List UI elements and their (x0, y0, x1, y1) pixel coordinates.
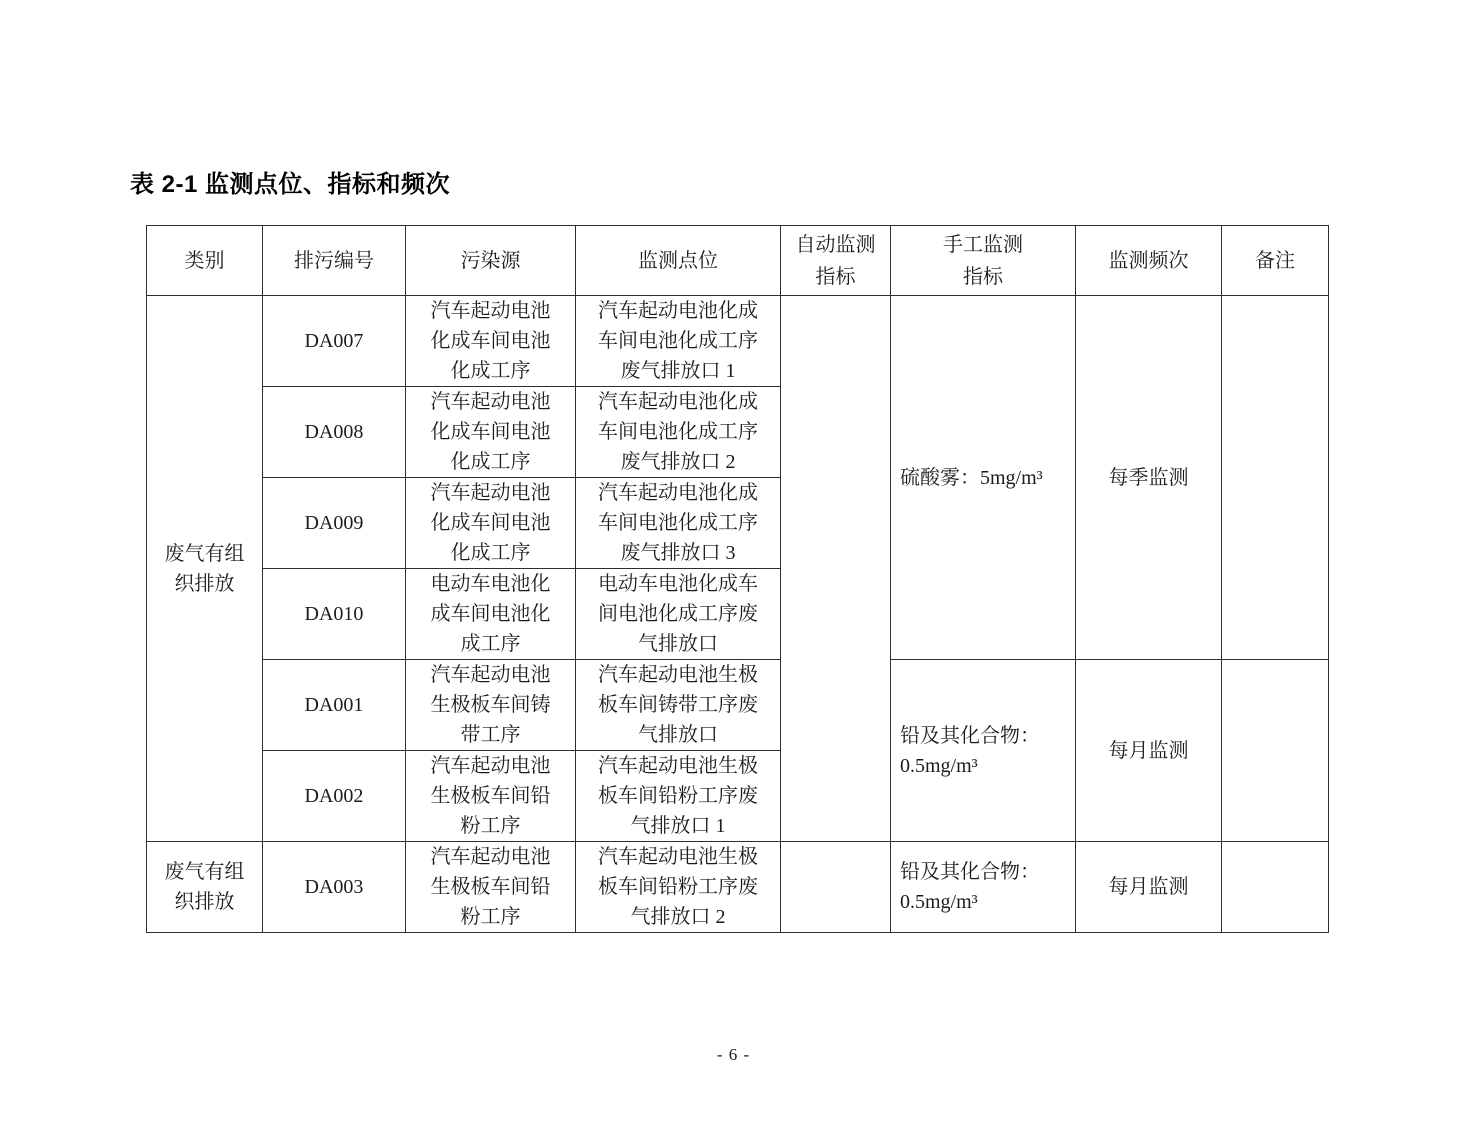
page-number: - 6 - (0, 1045, 1467, 1065)
monitoring-point-cell: 汽车起动电池生极板车间铅粉工序废气排放口 1 (576, 751, 781, 842)
pollution-source-cell: 汽车起动电池化成车间电池化成工序 (406, 296, 576, 387)
manual-indicator-cell: 硫酸雾：5mg/m³ (891, 296, 1076, 660)
frequency-cell: 每月监测 (1076, 660, 1222, 842)
outlet-id-cell: DA007 (263, 296, 406, 387)
table-header-row: 类别 排污编号 污染源 监测点位 自动监测 指标 手工监测 指标 监测频次 备注 (147, 226, 1329, 296)
outlet-id-cell: DA010 (263, 569, 406, 660)
monitoring-point-cell: 汽车起动电池化成车间电池化成工序废气排放口 1 (576, 296, 781, 387)
col-header-outlet-id: 排污编号 (263, 226, 406, 296)
manual-indicator-cell: 铅及其化合物： 0.5mg/m³ (891, 842, 1076, 933)
frequency-cell: 每季监测 (1076, 296, 1222, 660)
outlet-id-cell: DA003 (263, 842, 406, 933)
page-title: 表 2-1 监测点位、指标和频次 (130, 164, 450, 199)
outlet-id-cell: DA001 (263, 660, 406, 751)
auto-indicator-empty-cell (781, 842, 891, 933)
outlet-id-cell: DA008 (263, 387, 406, 478)
monitoring-point-cell: 汽车起动电池生极板车间铸带工序废气排放口 (576, 660, 781, 751)
monitoring-point-cell: 汽车起动电池化成车间电池化成工序废气排放口 3 (576, 478, 781, 569)
manual-indicator-cell: 铅及其化合物： 0.5mg/m³ (891, 660, 1076, 842)
monitoring-table: 类别 排污编号 污染源 监测点位 自动监测 指标 手工监测 指标 监测频次 备注… (146, 225, 1329, 933)
pollution-source-cell: 汽车起动电池生极板车间铅粉工序 (406, 842, 576, 933)
pollution-source-cell: 汽车起动电池化成车间电池化成工序 (406, 478, 576, 569)
col-header-manual-indicator: 手工监测 指标 (891, 226, 1076, 296)
monitoring-point-cell: 汽车起动电池生极板车间铅粉工序废气排放口 2 (576, 842, 781, 933)
table-row: 废气有组织排放 DA003 汽车起动电池生极板车间铅粉工序 汽车起动电池生极板车… (147, 842, 1329, 933)
outlet-id-cell: DA002 (263, 751, 406, 842)
pollution-source-cell: 汽车起动电池生极板车间铅粉工序 (406, 751, 576, 842)
pollution-source-cell: 汽车起动电池化成车间电池化成工序 (406, 387, 576, 478)
table-row: 废气有组织排放 DA007 汽车起动电池化成车间电池化成工序 汽车起动电池化成车… (147, 296, 1329, 387)
table-row: DA001 汽车起动电池生极板车间铸带工序 汽车起动电池生极板车间铸带工序废气排… (147, 660, 1329, 751)
remark-empty-cell (1222, 296, 1329, 660)
pollution-source-cell: 电动车电池化成车间电池化成工序 (406, 569, 576, 660)
monitoring-point-cell: 汽车起动电池化成车间电池化成工序废气排放口 2 (576, 387, 781, 478)
col-header-monitoring-point: 监测点位 (576, 226, 781, 296)
col-header-pollution-source: 污染源 (406, 226, 576, 296)
col-header-remark: 备注 (1222, 226, 1329, 296)
col-header-auto-indicator: 自动监测 指标 (781, 226, 891, 296)
auto-indicator-empty-cell (781, 296, 891, 842)
remark-empty-cell (1222, 660, 1329, 842)
monitoring-point-cell: 电动车电池化成车间电池化成工序废气排放口 (576, 569, 781, 660)
frequency-cell: 每月监测 (1076, 842, 1222, 933)
outlet-id-cell: DA009 (263, 478, 406, 569)
pollution-source-cell: 汽车起动电池生极板车间铸带工序 (406, 660, 576, 751)
col-header-frequency: 监测频次 (1076, 226, 1222, 296)
category-cell: 废气有组织排放 (147, 842, 263, 933)
col-header-category: 类别 (147, 226, 263, 296)
remark-empty-cell (1222, 842, 1329, 933)
category-cell: 废气有组织排放 (147, 296, 263, 842)
